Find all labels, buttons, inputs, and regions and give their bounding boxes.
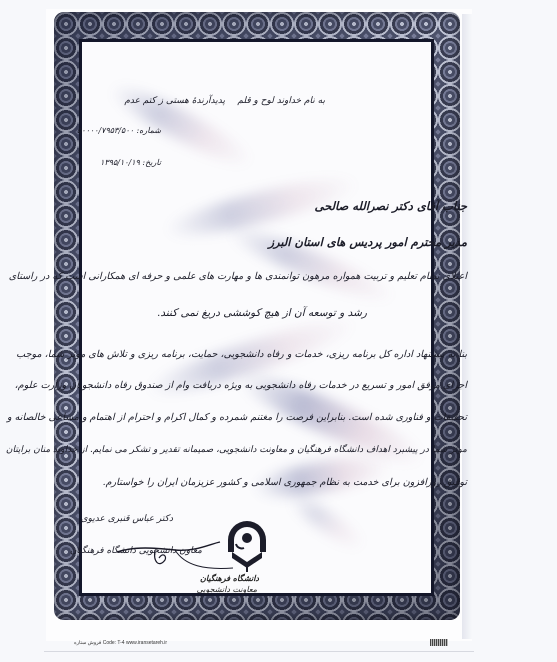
signatory-name: دکتر عباس قنبری عدیوی bbox=[81, 515, 173, 524]
watermark-streak bbox=[284, 488, 369, 556]
body-line-2: رشد و توسعه آن از هیچ کوششی دریغ نمی کنن… bbox=[157, 308, 367, 319]
body-line-4: اجرای موفق امور و تسریع در خدمات رفاه دا… bbox=[15, 381, 467, 391]
printer-credit: فروش ستاره Code: T-4 www.iransetareh.ir bbox=[74, 640, 167, 646]
recipient-name: جناب آقای دکتر نصرالله صالحی bbox=[314, 201, 467, 213]
body-line-7: توفیق روزافزون برای خدمت به نظام جمهوری … bbox=[103, 478, 467, 488]
invocation-text: به نام خداوند لوح و قلم bbox=[237, 97, 325, 106]
reference-number: شماره: ۵۰۰۰۰/۷۹۵۳/۵۰۰ bbox=[77, 127, 161, 135]
body-line-3: بنا به پیشنهاد اداره کل برنامه ریزی، خدم… bbox=[16, 350, 467, 360]
body-line-6: موثر شما در پیشبرد اهداف دانشگاه فرهنگیا… bbox=[6, 446, 467, 455]
subtitle-verse: پدیدآرندهٔ هستی ز کتم عدم bbox=[124, 97, 225, 106]
recipient-title: مدیر محترم امور پردیس های استان البرز bbox=[268, 237, 467, 249]
farhangian-university-logo-icon bbox=[222, 507, 272, 577]
handwritten-signature bbox=[115, 538, 235, 574]
scan-edge bbox=[44, 651, 474, 652]
letter-date: تاریخ: ۱۳۹۵/۱۰/۱۹ bbox=[100, 159, 161, 167]
barcode-sticker-icon bbox=[430, 639, 448, 646]
logo-caption-deputy: معاونت دانشجویی bbox=[197, 585, 257, 594]
sheet-shadow bbox=[462, 14, 472, 639]
body-line-1: اعتلای نظام تعلیم و تربیت همواره مرهون ت… bbox=[9, 272, 467, 282]
logo-caption-university: دانشگاه فرهنگیان bbox=[200, 573, 259, 583]
watermark-streak bbox=[224, 219, 401, 311]
body-line-5: تحقیقات و فناوری شده است. بنابراین فرصت … bbox=[7, 413, 467, 423]
